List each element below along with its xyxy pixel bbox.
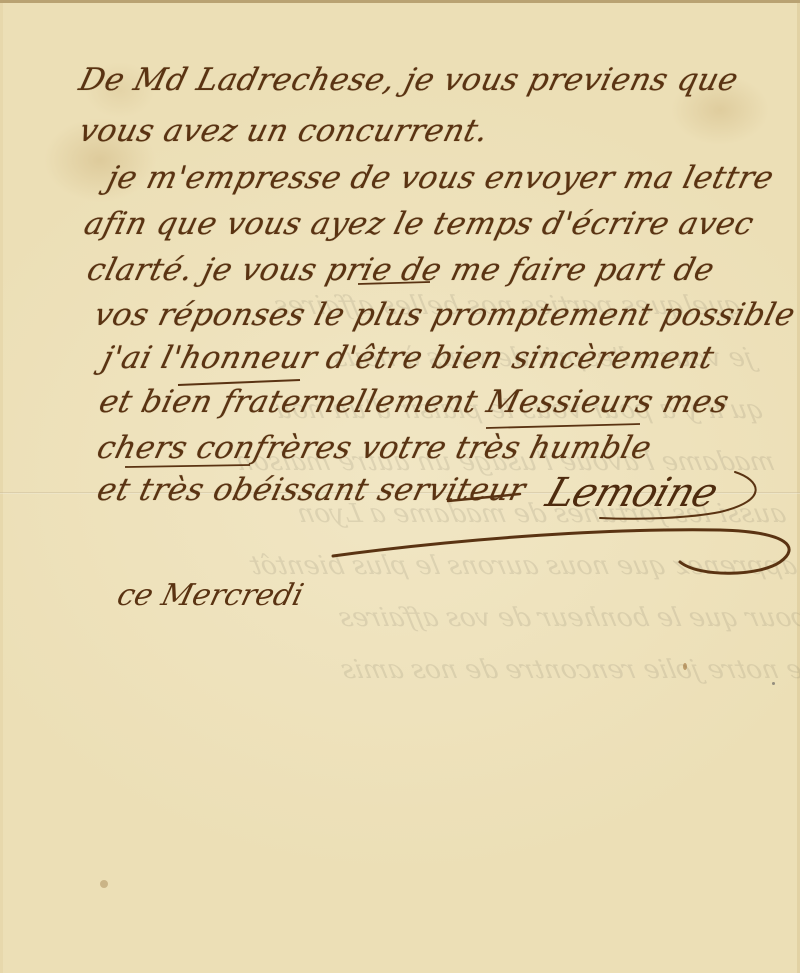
letter-sheet: quelques parties nos belles affaires je … [0,0,800,973]
letter-line-2: vous avez un concurrent. [76,113,493,149]
dateline: ce Mercredi [114,578,307,613]
letter-line-10: et très obéissant serviteur [94,472,530,508]
letter-line-1: De Md Ladrechese, je vous previens que [76,62,743,98]
letter-line-5: clarté. je vous prie de me faire part de [84,252,719,288]
letter-line-9: chers confrères votre très humble [94,430,656,466]
ink-spot [100,880,108,888]
letter-line-8: et bien fraternellement Messieurs mes [96,384,733,420]
letter-line-7: j'ai l'honneur d'être bien sincèrement [99,340,718,376]
letter-line-6: vos réponses le plus promptement possibl… [91,297,799,333]
ink-spot [772,682,775,685]
letter-body: De Md Ladrechese, je vous previens que v… [0,0,800,973]
signature: Lemoine [541,470,723,516]
letter-line-3: je m'empresse de vous envoyer ma lettre [104,160,778,196]
ink-spot [683,663,687,670]
letter-line-4: afin que vous ayez le temps d'écrire ave… [81,206,758,242]
